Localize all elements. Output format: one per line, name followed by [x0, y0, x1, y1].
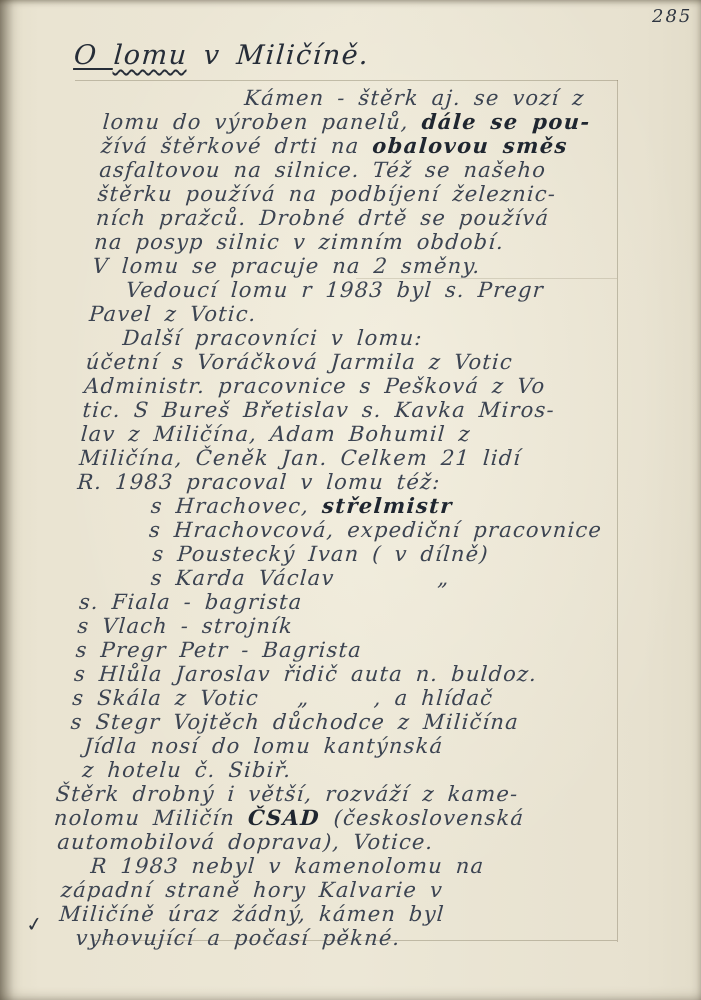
handwritten-line: lomu do výroben panelů, dále se pou-	[102, 110, 656, 134]
handwritten-line: vyhovující a počasí pěkné.	[75, 926, 599, 950]
handwritten-line: Miličína, Čeněk Jan. Celkem 21 lidí	[78, 446, 632, 470]
title-word-o: O	[73, 40, 115, 71]
handwritten-line: Administr. pracovnice s Pešková z Vo	[83, 374, 637, 398]
handwritten-line: s Hrachovcová, expediční pracovnice	[148, 518, 627, 542]
handwritten-line: na posyp silnic v zimním období.	[93, 230, 647, 254]
handwritten-line: s Vlach - strojník	[77, 614, 621, 638]
handwritten-line: žívá štěrkové drti na obalovou směs	[100, 134, 654, 158]
handwritten-line: Vedoucí lomu r 1983 byl s. Pregr	[125, 278, 644, 302]
page-title: O lomu v Miličíně.	[73, 40, 370, 71]
handwritten-line: s Karda Václav „	[150, 566, 624, 590]
title-rest: v Miličíně.	[187, 40, 371, 71]
handwritten-line: s Stegr Vojtěch důchodce z Miličína	[70, 710, 614, 734]
handwritten-line: R. 1983 pracoval v lomu též:	[77, 470, 631, 494]
handwritten-line: z hotelu č. Sibiř.	[82, 758, 611, 782]
handwritten-line: s Pregr Petr - Bagrista	[75, 638, 619, 662]
handwritten-line: ních pražců. Drobné drtě se používá	[95, 206, 649, 230]
handwritten-line: Pavel z Votic.	[88, 302, 642, 326]
handwritten-line: západní straně hory Kalvarie v	[60, 878, 602, 902]
handwritten-line: Štěrk drobný i větší, rozváží z kame-	[55, 782, 609, 806]
handwritten-line: Kámen - štěrk aj. se vozí z	[244, 86, 658, 110]
handwritten-line: s Hrachovec, střelmistr	[150, 494, 629, 518]
handwritten-line: nolomu Miličín ČSAD (československá	[53, 806, 607, 830]
handwritten-line: tic. S Bureš Břetislav s. Kavka Miros-	[82, 398, 636, 422]
handwritten-text: Kámen - štěrk aj. se vozí z lomu do výro…	[45, 86, 657, 950]
handwritten-line: Další pracovníci v lomu:	[122, 326, 641, 350]
handwritten-line: Miličíně úraz žádný, kámen byl	[58, 902, 600, 926]
page-number: 285	[652, 6, 692, 27]
scanned-chronicle-page: 285 O lomu v Miličíně. Kámen - štěrk aj.…	[0, 0, 701, 1000]
handwritten-line: s. Fiala - bagrista	[78, 590, 622, 614]
title-word-lomu: lomu	[113, 40, 189, 71]
handwritten-line: s Skála z Votic „ , a hlídač	[72, 686, 616, 710]
handwritten-line: štěrku používá na podbíjení železnic-	[97, 182, 651, 206]
handwritten-line: lav z Miličína, Adam Bohumil z	[80, 422, 634, 446]
handwritten-line: s Hlůla Jaroslav řidič auta n. buldoz.	[73, 662, 617, 686]
handwritten-line: Jídla nosí do lomu kantýnská	[83, 734, 612, 758]
handwritten-line: účetní s Voráčková Jarmila z Votic	[85, 350, 639, 374]
handwritten-line: R 1983 nebyl v kamenolomu na	[90, 854, 604, 878]
handwritten-line: automobilová doprava), Votice.	[57, 830, 606, 854]
handwritten-line: V lomu se pracuje na 2 směny.	[92, 254, 646, 278]
checkmark-icon: ✓	[24, 911, 44, 937]
ruled-line-top	[75, 80, 618, 81]
handwritten-line: asfaltovou na silnice. Též se našeho	[98, 158, 652, 182]
handwritten-line: s Poustecký Ivan ( v dílně)	[152, 542, 626, 566]
